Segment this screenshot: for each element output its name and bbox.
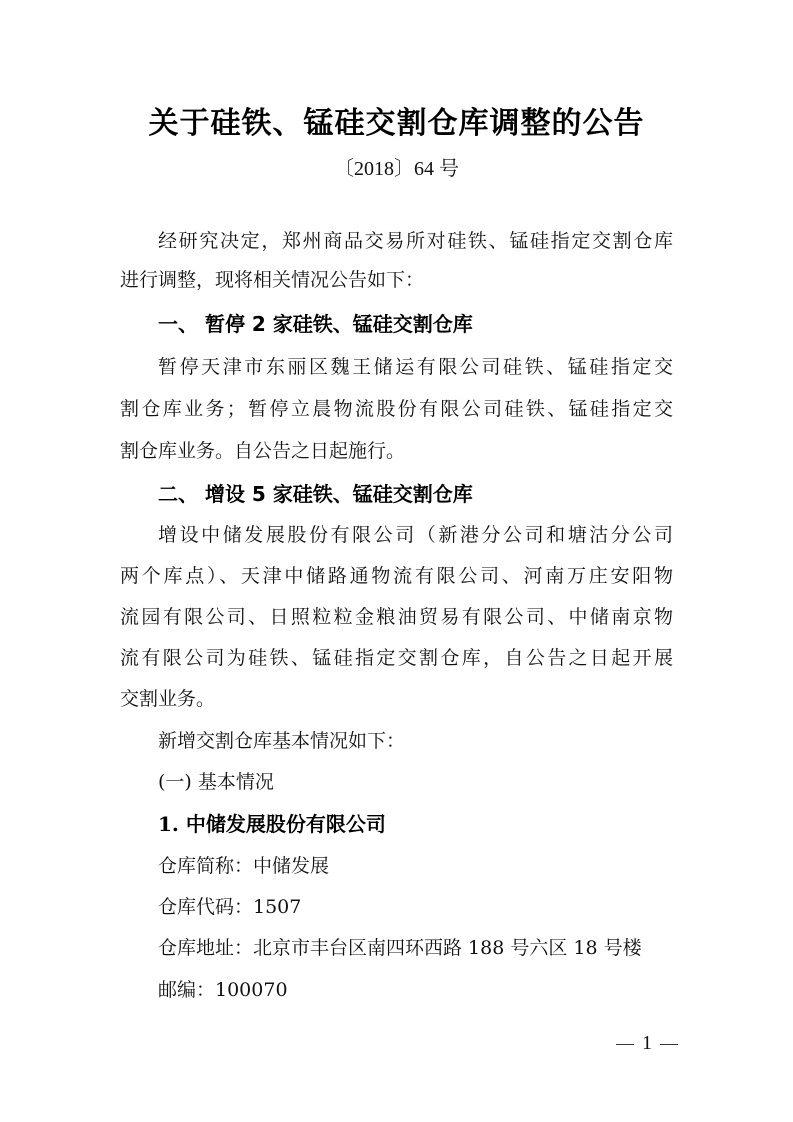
new-warehouses-intro: 新增交割仓库基本情况如下： <box>158 722 673 761</box>
section2-line-5: 交割业务。 <box>120 680 673 719</box>
document-number: 〔2018〕64 号 <box>0 152 793 181</box>
section2-line-1: 增设中储发展股份有限公司（新港分公司和塘沽分公司 <box>158 516 673 555</box>
dash-left <box>616 1044 634 1045</box>
section1-line-2: 割仓库业务；暂停立晨物流股份有限公司硅铁、锰硅指定交 <box>120 390 673 429</box>
section1-heading: 一、 暂停 2 家硅铁、锰硅交割仓库 <box>158 305 473 344</box>
section2-line-2: 两个库点）、天津中储路通物流有限公司、河南万庄安阳物 <box>120 557 673 596</box>
intro-line-1: 经研究决定，郑州商品交易所对硅铁、锰硅指定交割仓库 <box>158 222 673 261</box>
subsection-basic-info: (一) 基本情况 <box>158 763 673 802</box>
company-heading: 1. 中储发展股份有限公司 <box>158 805 386 844</box>
section2-heading: 二、 增设 5 家硅铁、锰硅交割仓库 <box>158 475 473 514</box>
section2-line-4: 流有限公司为硅铁、锰硅指定交割仓库，自公告之日起开展 <box>120 639 673 678</box>
section1-line-3: 割仓库业务。自公告之日起施行。 <box>120 432 673 471</box>
warehouse-postcode: 邮编：100070 <box>158 971 673 1010</box>
intro-line-2: 进行调整，现将相关情况公告如下： <box>120 261 673 300</box>
warehouse-code: 仓库代码：1507 <box>158 888 673 927</box>
section2-line-3: 流园有限公司、日照粒粒金粮油贸易有限公司、中储南京物 <box>120 598 673 637</box>
page-number-value: 1 <box>642 1032 652 1054</box>
document-title: 关于硅铁、锰硅交割仓库调整的公告 <box>0 98 793 142</box>
section1-line-1: 暂停天津市东丽区魏王储运有限公司硅铁、锰硅指定交 <box>158 348 673 387</box>
dash-right <box>660 1044 678 1045</box>
warehouse-short-name: 仓库简称：中储发展 <box>158 847 673 886</box>
page-number: 1 <box>608 1032 686 1055</box>
document-page: 关于硅铁、锰硅交割仓库调整的公告 〔2018〕64 号 经研究决定，郑州商品交易… <box>0 0 793 1122</box>
warehouse-address: 仓库地址：北京市丰台区南四环西路 188 号六区 18 号楼 <box>158 929 673 968</box>
